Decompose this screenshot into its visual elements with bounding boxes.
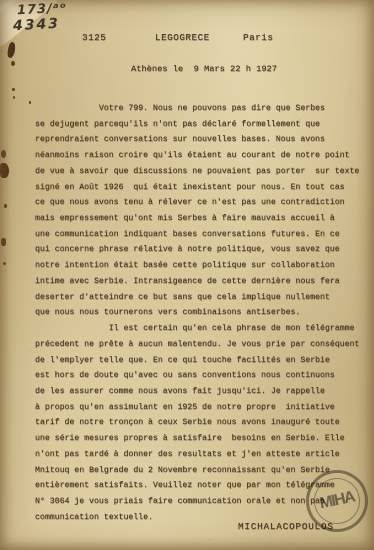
telegram-number: 3125	[82, 32, 106, 43]
ink-blot	[13, 96, 15, 99]
ink-blot	[1, 238, 6, 246]
ink-blot	[12, 88, 15, 91]
body-line: une série mesures propres à satisfaire b…	[35, 431, 365, 447]
body-line: qui concerne phrase rélative à notre pol…	[35, 242, 365, 258]
body-line: mais empressement qu'ont mis Serbes à fa…	[35, 211, 365, 227]
ink-blot	[6, 41, 16, 58]
body-line: Votre 799. Nous ne pouvons pas dire que …	[35, 101, 365, 117]
body-line: intime avec Serbie. Intransigeance de ce…	[35, 274, 365, 290]
body-line: de les assurer comme nous avons fait jus…	[35, 384, 365, 400]
body-line: que nous nous tournerons vers combinaiso…	[35, 305, 365, 321]
telegram-scan: 173/ᵃᵒ 4343 3125 LEGOGRECE Paris Athènes…	[0, 0, 374, 550]
archive-stamp-monogram: MIHA	[318, 489, 356, 514]
body-line: Il est certain qu'en cela phrase de mon …	[35, 321, 365, 337]
ink-blot	[11, 61, 15, 66]
body-line: signé en Août 1926 qui était inexistant …	[35, 180, 365, 196]
body-line: est hors de doute qu'avec ou sans conven…	[35, 368, 365, 384]
dateline: Athènes le 9 Mars 22 h 1927	[131, 64, 277, 74]
ink-blot	[29, 101, 31, 104]
telegram-addressee: LEGOGRECE	[155, 32, 210, 43]
telegram-destination-city: Paris	[243, 32, 273, 43]
body-line: néanmoins raison croire qu'ils étaient a…	[35, 148, 365, 164]
ink-blot	[0, 163, 9, 178]
ink-blot	[1, 150, 6, 158]
body-line: reprendraient conversations sur nouvelle…	[35, 132, 365, 148]
body-line: ce que nous avons tenu à rélever ce n'es…	[35, 195, 365, 211]
body-line: tarif de notre tronçon à ceux Serbie nou…	[35, 415, 365, 431]
body-line: se dejugent parcequ'ils n'ont pas déclar…	[35, 117, 365, 133]
body-line: Mnitouq en Belgrade du 2 Novembre reconn…	[35, 463, 365, 479]
handwritten-archive-number-2: 4343	[13, 16, 61, 34]
body-line: deserter d'atteindre ce but sans que cel…	[35, 290, 365, 306]
telegram-body: Votre 799. Nous ne pouvons pas dire que …	[35, 101, 365, 525]
body-line: une communication indiquant bases conver…	[35, 227, 365, 243]
ink-blot	[3, 262, 6, 265]
body-line: précedent ne prête à aucun malentendu. J…	[35, 337, 365, 353]
body-line: de l'emplyer telle que. En ce qui touche…	[35, 353, 365, 369]
body-line: n'ont pas tardé à donner des resultats e…	[35, 447, 365, 463]
body-line: à propos qu'en assimulant en 1925 de not…	[35, 400, 365, 416]
body-line: notre intention était basée cette politi…	[35, 258, 365, 274]
body-line: de vue à savoir que discussions ne pouva…	[35, 164, 365, 180]
ink-blot	[4, 204, 7, 208]
